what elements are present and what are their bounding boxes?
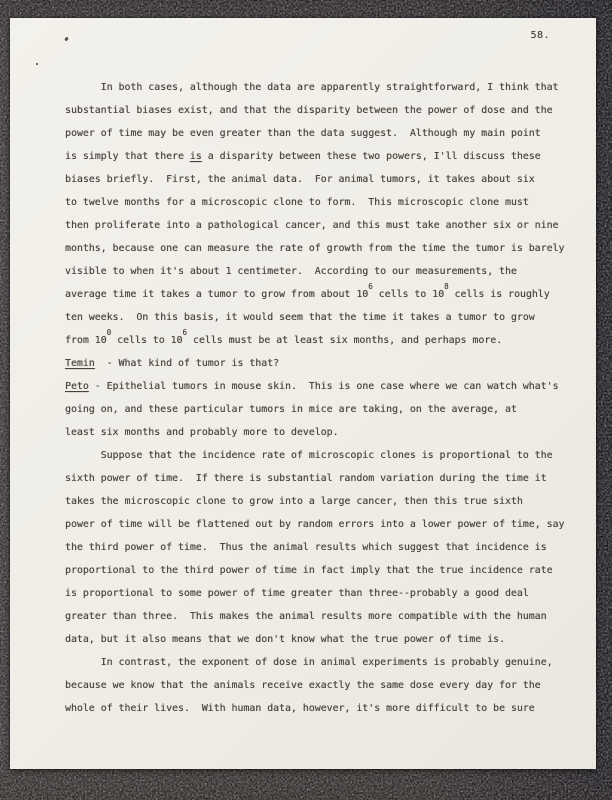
typewritten-text-block: In both cases, although the data are app… <box>65 76 585 720</box>
typewritten-line: whole of their lives. With human data, h… <box>65 697 585 720</box>
typewritten-line: least six months and probably more to de… <box>65 421 585 444</box>
typewritten-line: the third power of time. Thus the animal… <box>65 536 585 559</box>
typewritten-line: is simply that there is a disparity betw… <box>65 145 585 168</box>
typewritten-line: is proportional to some power of time gr… <box>65 582 585 605</box>
typewritten-line: average time it takes a tumor to grow fr… <box>65 283 585 306</box>
ink-speck <box>36 63 38 65</box>
typewritten-line: power of time may be even greater than t… <box>65 122 585 145</box>
typewritten-line: Peto - Epithelial tumors in mouse skin. … <box>65 375 585 398</box>
typewritten-line: greater than three. This makes the anima… <box>65 605 585 628</box>
typewritten-line: months, because one can measure the rate… <box>65 237 585 260</box>
typewritten-line: from 100 cells to 106 cells must be at l… <box>65 329 585 352</box>
typewritten-line: ten weeks. On this basis, it would seem … <box>65 306 585 329</box>
typewritten-line: to twelve months for a microscopic clone… <box>65 191 585 214</box>
document-page: 58. In both cases, although the data are… <box>10 18 596 769</box>
typewritten-line: Suppose that the incidence rate of micro… <box>65 444 585 467</box>
typewritten-line: In both cases, although the data are app… <box>65 76 585 99</box>
typewritten-line: data, but it also means that we don't kn… <box>65 628 585 651</box>
page-number: 58. <box>530 30 550 41</box>
typewritten-line: visible to when it's about 1 centimeter.… <box>65 260 585 283</box>
typewritten-line: biases briefly. First, the animal data. … <box>65 168 585 191</box>
scanned-document-photo: 58. In both cases, although the data are… <box>0 0 612 800</box>
typewritten-line: Temin - What kind of tumor is that? <box>65 352 585 375</box>
typewritten-line: sixth power of time. If there is substan… <box>65 467 585 490</box>
typewritten-line: substantial biases exist, and that the d… <box>65 99 585 122</box>
ink-speck <box>64 37 69 42</box>
typewritten-line: In contrast, the exponent of dose in ani… <box>65 651 585 674</box>
typewritten-line: proportional to the third power of time … <box>65 559 585 582</box>
typewritten-line: going on, and these particular tumors in… <box>65 398 585 421</box>
typewritten-line: then proliferate into a pathological can… <box>65 214 585 237</box>
typewritten-line: power of time will be flattened out by r… <box>65 513 585 536</box>
typewritten-line: because we know that the animals receive… <box>65 674 585 697</box>
typewritten-line: takes the microscopic clone to grow into… <box>65 490 585 513</box>
